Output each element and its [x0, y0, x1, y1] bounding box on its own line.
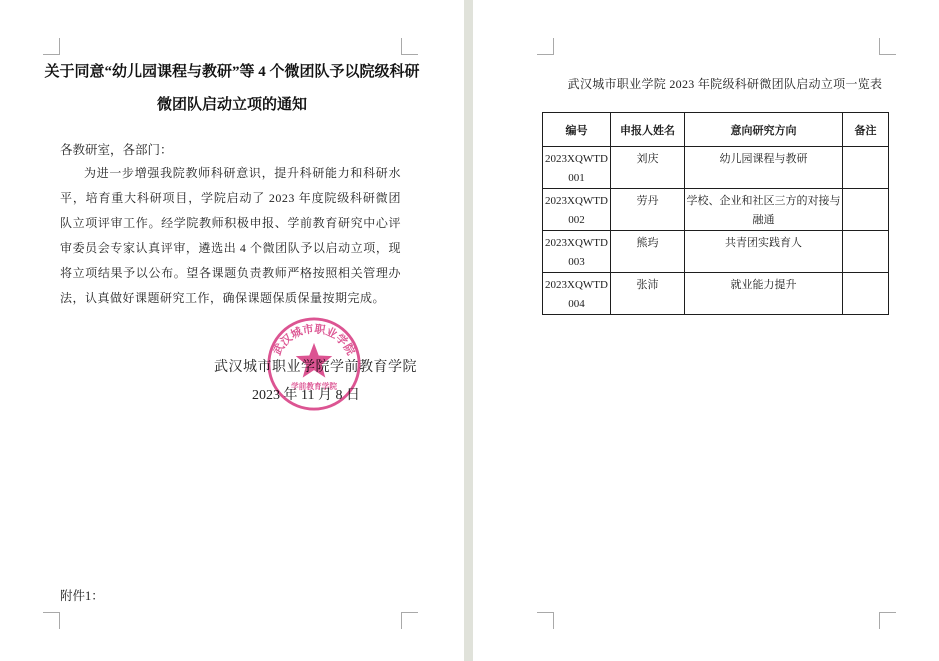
notice-title: 关于同意“幼儿园课程与教研”等 4 个微团队予以院级科研 微团队启动立项的通知 — [0, 56, 464, 122]
table-row: 2023XQWTD002劳丹学校、企业和社区三方的对接与融通 — [543, 189, 889, 231]
cell-id: 2023XQWTD002 — [543, 189, 611, 231]
table-body: 2023XQWTD001刘庆幼儿园课程与教研2023XQWTD002劳丹学校、企… — [543, 147, 889, 315]
cell-direction: 学校、企业和社区三方的对接与融通 — [685, 189, 843, 231]
document-canvas: 关于同意“幼儿园课程与教研”等 4 个微团队予以院级科研 微团队启动立项的通知 … — [0, 0, 939, 661]
table-row: 2023XQWTD004张沛就业能力提升 — [543, 273, 889, 315]
notice-title-line1: 关于同意“幼儿园课程与教研”等 4 个微团队予以院级科研 — [0, 56, 464, 89]
table-row: 2023XQWTD003熊玙共青团实践育人 — [543, 231, 889, 273]
margin-crop-mark — [401, 612, 418, 629]
header-remark: 备注 — [843, 113, 889, 147]
table-title: 武汉城市职业学院 2023 年院级科研微团队启动立项一览表 — [511, 75, 939, 92]
cell-direction: 幼儿园课程与教研 — [685, 147, 843, 189]
page-2[interactable]: 武汉城市职业学院 2023 年院级科研微团队启动立项一览表 编号 申报人姓名 意… — [473, 0, 939, 661]
header-id: 编号 — [543, 113, 611, 147]
salutation: 各教研室，各部门： — [60, 140, 173, 158]
table-header-row: 编号 申报人姓名 意向研究方向 备注 — [543, 113, 889, 147]
margin-crop-mark — [537, 38, 554, 55]
cell-name: 熊玙 — [611, 231, 685, 273]
notice-title-line2: 微团队启动立项的通知 — [0, 89, 464, 122]
page-gap-divider — [464, 0, 473, 661]
cell-name: 刘庆 — [611, 147, 685, 189]
margin-crop-mark — [879, 38, 896, 55]
cell-remark — [843, 189, 889, 231]
cell-remark — [843, 231, 889, 273]
cell-id: 2023XQWTD003 — [543, 231, 611, 273]
cell-id: 2023XQWTD001 — [543, 147, 611, 189]
seal-star-icon — [296, 343, 332, 378]
margin-crop-mark — [537, 612, 554, 629]
cell-name: 张沛 — [611, 273, 685, 315]
cell-id: 2023XQWTD004 — [543, 273, 611, 315]
official-seal-stamp: 武汉城市职业学院 学前教育学院 — [266, 316, 362, 412]
margin-crop-mark — [401, 38, 418, 55]
seal-inner-text: 学前教育学院 — [291, 381, 337, 391]
margin-crop-mark — [879, 612, 896, 629]
notice-body: 为进一步增强我院教师科研意识，提升科研能力和科研水平，培育重大科研项目，学院启动… — [60, 161, 401, 311]
cell-name: 劳丹 — [611, 189, 685, 231]
header-direction: 意向研究方向 — [685, 113, 843, 147]
header-applicant: 申报人姓名 — [611, 113, 685, 147]
approval-table: 编号 申报人姓名 意向研究方向 备注 2023XQWTD001刘庆幼儿园课程与教… — [542, 112, 889, 315]
cell-direction: 就业能力提升 — [685, 273, 843, 315]
margin-crop-mark — [43, 38, 60, 55]
cell-direction: 共青团实践育人 — [685, 231, 843, 273]
attachment-label: 附件1： — [60, 586, 104, 604]
margin-crop-mark — [43, 612, 60, 629]
cell-remark — [843, 273, 889, 315]
seal-icon: 武汉城市职业学院 学前教育学院 — [266, 316, 362, 412]
table-row: 2023XQWTD001刘庆幼儿园课程与教研 — [543, 147, 889, 189]
page-1[interactable]: 关于同意“幼儿园课程与教研”等 4 个微团队予以院级科研 微团队启动立项的通知 … — [0, 0, 464, 661]
cell-remark — [843, 147, 889, 189]
